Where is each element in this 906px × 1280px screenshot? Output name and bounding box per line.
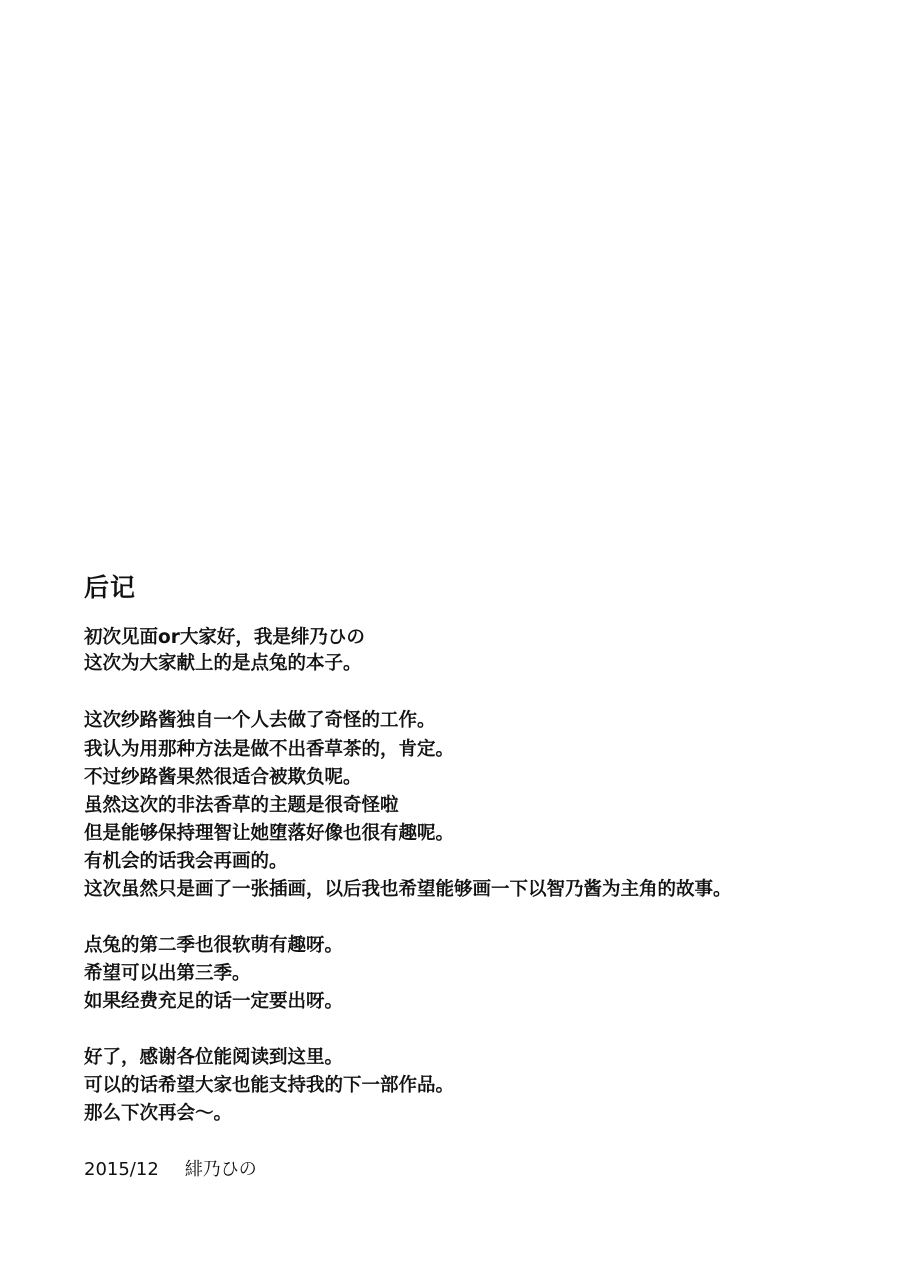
- text-line: 虽然这次的非法香草的主题是很奇怪啦: [84, 793, 399, 819]
- signature-date: 2015/12: [84, 1159, 159, 1180]
- text-line: 有机会的话我会再画的。: [84, 849, 288, 875]
- text-line: 点兔的第二季也很软萌有趣呀。: [84, 933, 343, 959]
- signature: 2015/12緋乃ひの: [84, 1158, 257, 1182]
- page-title: 后记: [84, 572, 136, 604]
- text-line: 我认为用那种方法是做不出香草茶的，肯定。: [84, 737, 454, 763]
- text-line: 希望可以出第三季。: [84, 961, 251, 987]
- text-line: 可以的话希望大家也能支持我的下一部作品。: [84, 1073, 454, 1099]
- signature-author: 緋乃ひの: [185, 1159, 257, 1180]
- text-line: 这次纱路酱独自一个人去做了奇怪的工作。: [84, 708, 436, 734]
- text-line: 这次虽然只是画了一张插画，以后我也希望能够画一下以智乃酱为主角的故事。: [84, 877, 732, 903]
- text-line: 这次为大家献上的是点兔的本子。: [84, 651, 362, 677]
- text-line: 但是能够保持理智让她堕落好像也很有趣呢。: [84, 821, 454, 847]
- text-line: 初次见面or大家好，我是绯乃ひの: [84, 625, 365, 651]
- text-line: 如果经费充足的话一定要出呀。: [84, 989, 343, 1015]
- text-line: 那么下次再会～。: [84, 1101, 232, 1127]
- text-line: 不过纱路酱果然很适合被欺负呢。: [84, 765, 362, 791]
- text-line: 好了，感谢各位能阅读到这里。: [84, 1045, 343, 1071]
